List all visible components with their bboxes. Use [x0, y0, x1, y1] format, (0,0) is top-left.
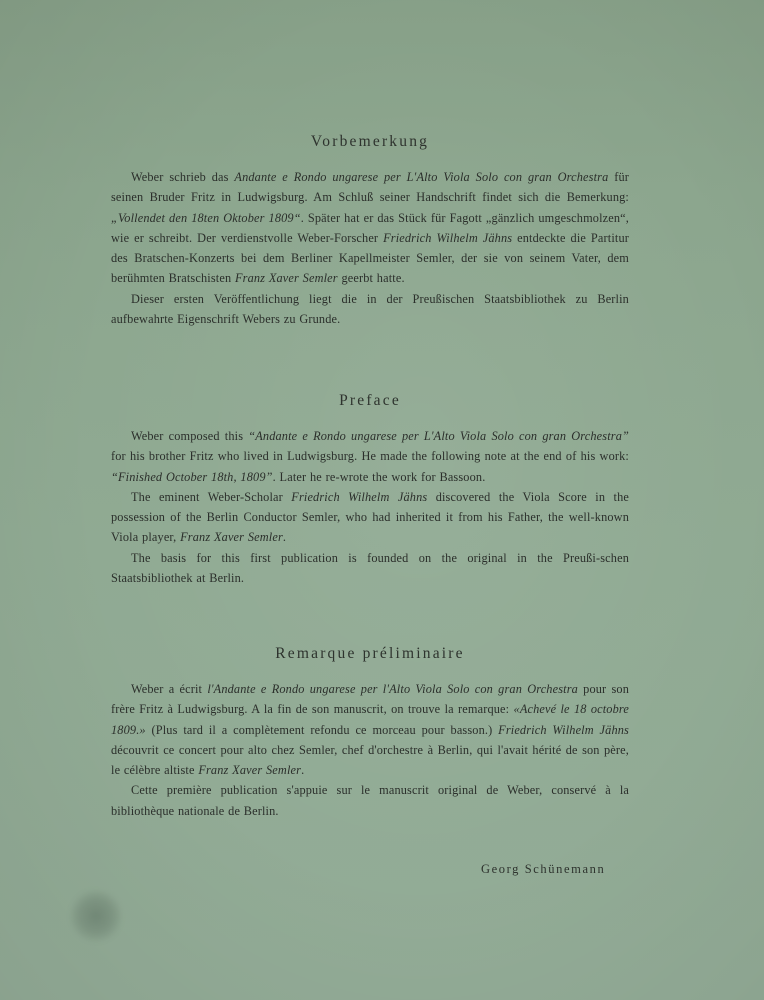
heading-vorbemerkung: Vorbemerkung: [111, 133, 629, 151]
text-run: Weber composed this: [131, 429, 248, 443]
paper-smudge: [70, 890, 122, 942]
text-run: geerbt hatte.: [338, 271, 405, 285]
text-run: for his brother Fritz who lived in Ludwi…: [111, 449, 629, 463]
italic-name-run: Franz Xaver Semler: [198, 763, 301, 777]
italic-quote-run: “Finished October 18th, 1809”: [111, 470, 273, 484]
paragraph: Weber a écrit l'Andante e Rondo ungarese…: [111, 679, 629, 780]
text-run: . Later he re-wrote the work for Bassoon…: [273, 470, 486, 484]
italic-name-run: Franz Xaver Semler: [180, 530, 283, 544]
italic-name-run: Franz Xaver Semler: [235, 271, 338, 285]
heading-remarque-preliminaire: Remarque préliminaire: [111, 645, 629, 663]
text-run: découvrit ce concert pour alto chez Seml…: [111, 743, 629, 777]
text-run: Cette première publication s'appuie sur …: [111, 783, 629, 817]
section-remarque-preliminaire: Remarque préliminaire Weber a écrit l'An…: [111, 645, 629, 821]
signature: Georg Schünemann: [481, 862, 605, 877]
text-run: Weber a écrit: [131, 682, 207, 696]
italic-title-run: l'Andante e Rondo ungarese per l'Alto Vi…: [207, 682, 578, 696]
text-run: The eminent Weber-Scholar: [131, 490, 291, 504]
paragraph: Weber composed this “Andante e Rondo ung…: [111, 426, 629, 487]
section-vorbemerkung: Vorbemerkung Weber schrieb das Andante e…: [111, 133, 629, 329]
italic-title-run: “Andante e Rondo ungarese per L'Alto Vio…: [248, 429, 629, 443]
text-run: (Plus tard il a complètement refondu ce …: [146, 723, 498, 737]
paragraph: Cette première publication s'appuie sur …: [111, 780, 629, 821]
text-run: .: [283, 530, 286, 544]
italic-name-run: Friedrich Wilhelm Jähns: [498, 723, 629, 737]
paragraph: Dieser ersten Veröffentlichung liegt die…: [111, 289, 629, 330]
italic-name-run: Friedrich Wilhelm Jähns: [291, 490, 427, 504]
text-run: .: [301, 763, 304, 777]
italic-title-run: Andante e Rondo ungarese per L'Alto Viol…: [234, 170, 608, 184]
text-run: The basis for this first publication is …: [111, 551, 629, 585]
paragraph: The eminent Weber-Scholar Friedrich Wilh…: [111, 487, 629, 548]
section-preface: Preface Weber composed this “Andante e R…: [111, 392, 629, 588]
italic-quote-run: „Vollendet den 18ten Oktober 1809“: [111, 211, 301, 225]
paragraph: Weber schrieb das Andante e Rondo ungare…: [111, 167, 629, 289]
text-run: Dieser ersten Veröffentlichung liegt die…: [111, 292, 629, 326]
heading-preface: Preface: [111, 392, 629, 410]
paragraph: The basis for this first publication is …: [111, 548, 629, 589]
italic-name-run: Friedrich Wilhelm Jähns: [383, 231, 512, 245]
text-run: Weber schrieb das: [131, 170, 234, 184]
